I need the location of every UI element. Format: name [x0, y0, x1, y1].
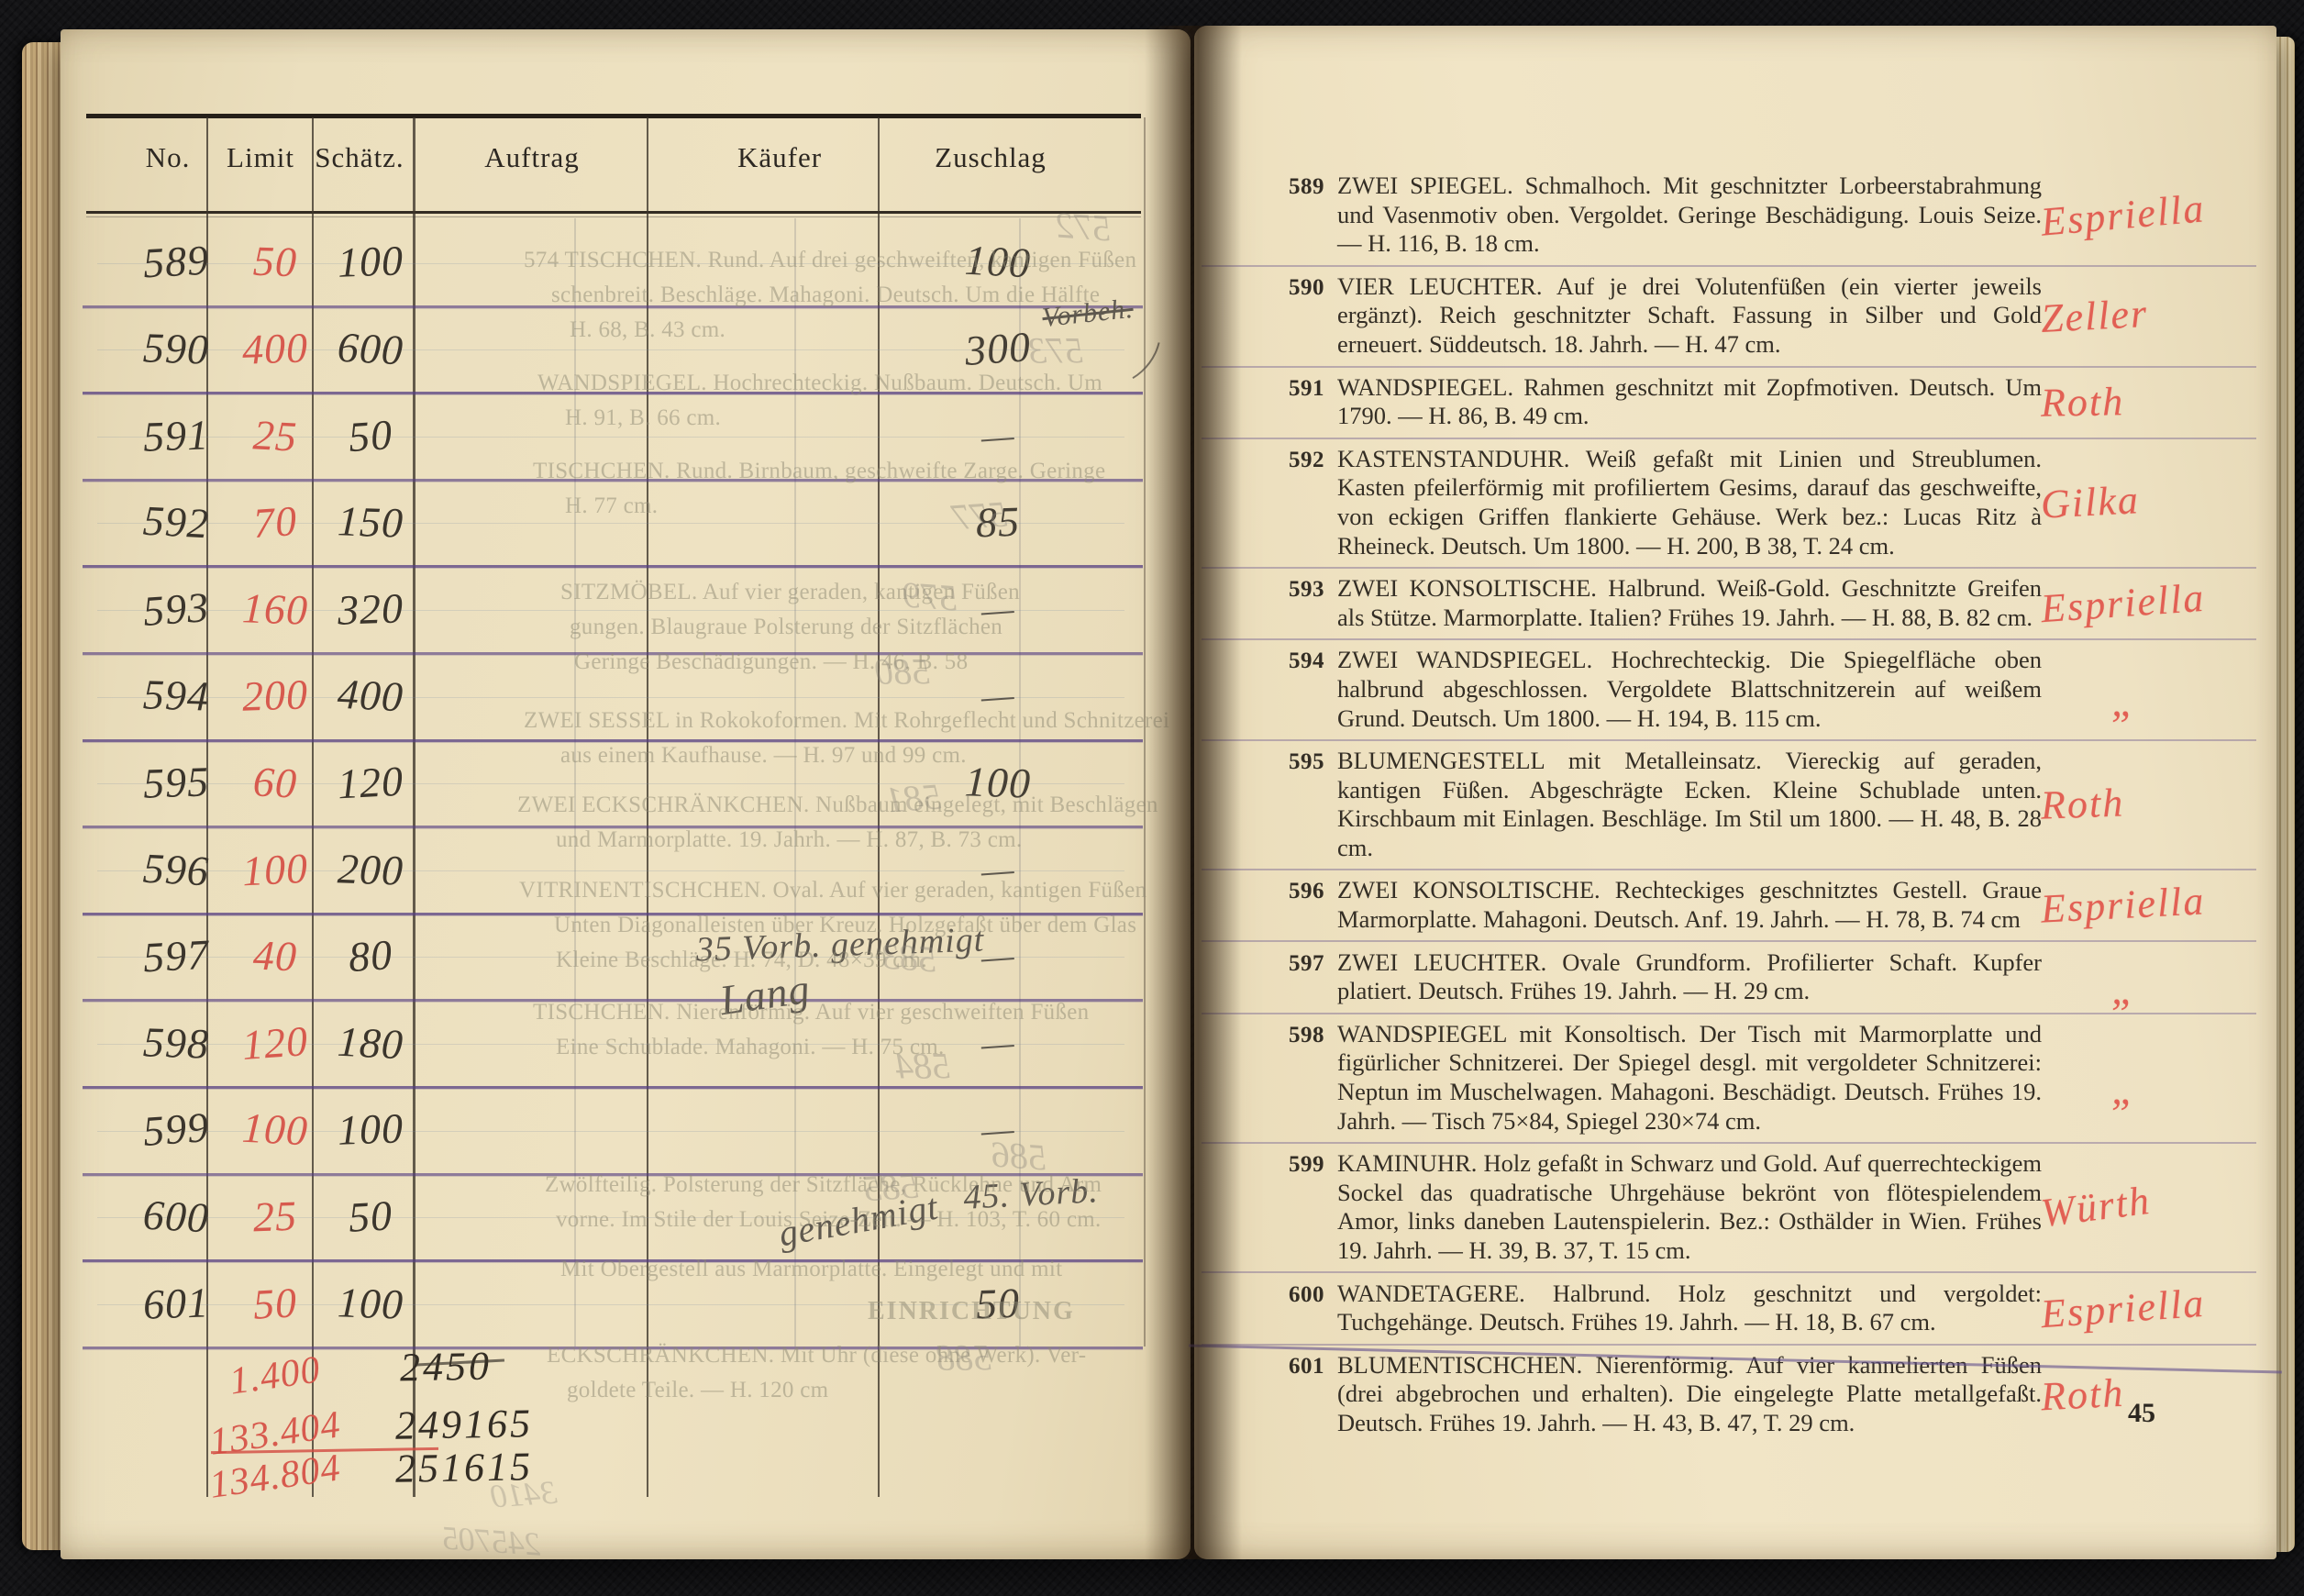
ghost-number: 3410 [490, 1473, 559, 1516]
lot-description: ZWEI KONSOLTISCHE. Rechteckiges geschnit… [1337, 876, 2042, 933]
ledger-page-left: No. Limit Schätz. Auftrag Käufer Zuschla… [61, 29, 1191, 1559]
entry-separator-line [1202, 940, 2256, 942]
total-estimate-hand: 2450 [400, 1343, 493, 1391]
catalog-entry: 594ZWEI WANDSPIEGEL. Hochrechteckig. Die… [1275, 646, 2042, 733]
ghost-text: WANDSPIEGEL. Hochrechteckig. Nußbaum. De… [537, 371, 1102, 396]
entry-separator-line [1202, 567, 2256, 569]
entry-separator-line [1202, 438, 2256, 439]
lot-number-hand: 600 [142, 1191, 211, 1243]
entry-separator-line [1202, 638, 2256, 640]
entry-separator-line [1202, 265, 2256, 267]
limit-value-hand: 160 [241, 583, 309, 634]
catalog-entry: 599KAMINUHR. Holz gefaßt in Schwarz und … [1275, 1149, 2042, 1265]
estimate-value-hand: 180 [337, 1016, 405, 1069]
catalog-page-right: 589ZWEI SPIEGEL. Schmalhoch. Mit geschni… [1194, 26, 2276, 1559]
limit-value-hand: 60 [252, 757, 299, 807]
book-fore-edge-right [2276, 37, 2295, 1552]
ghost-text: vorne. Im Stile der Louis Seize-Zeit. — … [556, 1207, 1102, 1233]
ghost-text: TISCHCHEN. Rund. Birnbaum, geschweifte Z… [533, 459, 1105, 484]
catalog-entry: 597ZWEI LEUCHTER. Ovale Grundform. Profi… [1275, 948, 2042, 1006]
catalog-entry: 593ZWEI KONSOLTISCHE. Halbrund. Weiß-Gol… [1275, 574, 2042, 632]
ghost-text: Mit Obergestell aus Marmorplatte. Eingel… [560, 1257, 1062, 1282]
lot-description: ZWEI LEUCHTER. Ovale Grundform. Profilie… [1337, 948, 2042, 1005]
ghost-ruling-line [97, 437, 1124, 438]
ghost-text: VITRINENTISCHCHEN. Oval. Auf vier gerade… [519, 878, 1146, 903]
estimate-value-hand: 50 [348, 1191, 394, 1241]
limit-value-hand: 120 [240, 1016, 310, 1070]
ledger-column-line [413, 117, 415, 1497]
buyer-name-hand: Gilka [2040, 476, 2141, 528]
row-separator-line [83, 565, 1143, 568]
limit-value-hand: 50 [252, 1278, 299, 1328]
lot-number: 601 [1275, 1352, 1324, 1381]
ghost-text: ZWEI ECKSCHRÄNKCHEN. Nußbaum eingelegt, … [517, 792, 1158, 818]
ghost-number: 579 [901, 572, 958, 619]
entry-separator-line [1202, 1013, 2256, 1014]
catalog-entries: 589ZWEI SPIEGEL. Schmalhoch. Mit geschni… [1275, 172, 2042, 1452]
buyer-name-hand: Espriella [2039, 573, 2206, 631]
lot-description: WANDSPIEGEL. Rahmen geschnitzt mit Zopfm… [1337, 373, 2042, 430]
hammer-price-dash: — [980, 413, 1016, 458]
ghost-number: 572 [1054, 203, 1112, 249]
ghost-text: schenbreit. Beschläge. Mahagoni. Deutsch… [551, 283, 1100, 308]
hammer-price-dash: — [980, 1020, 1016, 1065]
ghost-text: H. 77 cm. [565, 493, 658, 519]
ghost-number: 583 [880, 934, 937, 981]
lot-number-hand: 601 [142, 1278, 210, 1328]
buyer-name-hand: Espriella [2039, 184, 2207, 245]
lot-number-hand: 591 [142, 410, 210, 460]
ghost-text: Unten Diagonalleisten über Kreuz. Holzge… [554, 913, 1136, 938]
buyer-name-hand: Espriella [2040, 877, 2207, 932]
ledger-header-rule [86, 211, 1141, 214]
estimate-value-hand: 80 [347, 930, 394, 981]
ghost-text: TISCHCHEN. Nierenförmig. Auf vier geschw… [533, 1000, 1089, 1025]
lot-description: ZWEI WANDSPIEGEL. Hochrechteckig. Die Sp… [1337, 646, 2042, 731]
lot-number: 597 [1275, 949, 1324, 979]
limit-value-hand: 50 [252, 237, 298, 287]
entry-separator-line [1202, 1271, 2256, 1273]
limit-value-hand: 200 [241, 671, 309, 721]
ghost-text: und Marmorplatte. 19. Jahrh. — H. 87, B.… [556, 827, 1022, 853]
lot-description: KAMINUHR. Holz gefaßt in Schwarz und Gol… [1337, 1149, 2042, 1264]
ghost-text: aus einem Kaufhause. — H. 97 und 99 cm. [560, 743, 967, 769]
estimate-value-hand: 100 [337, 1278, 404, 1328]
ghost-text: Eine Schublade. Mahagoni. — H. 75 cm. [556, 1035, 945, 1060]
book-fore-edge-left [22, 42, 62, 1550]
page-number: 45 [2128, 1398, 2155, 1429]
lot-number: 593 [1275, 575, 1324, 604]
lot-description: ZWEI KONSOLTISCHE. Halbrund. Weiß-Gold. … [1337, 574, 2042, 631]
lot-description: WANDSPIEGEL mit Konsoltisch. Der Tisch m… [1337, 1020, 2042, 1135]
buyer-name-hand: Espriella [2039, 1279, 2206, 1336]
total-limit-hand: 1.400 [227, 1347, 323, 1403]
buyer-name-hand: „ [2111, 677, 2137, 726]
ghost-text: H. 91, B. 66 cm. [565, 405, 721, 431]
estimate-value-hand: 400 [337, 670, 405, 722]
entry-separator-line [1202, 739, 2256, 741]
estimate-value-hand: 600 [337, 323, 405, 375]
estimate-value-hand: 200 [337, 844, 404, 894]
catalog-entry: 596ZWEI KONSOLTISCHE. Rechteckiges gesch… [1275, 876, 2042, 934]
ledger-header-rule-thin [86, 216, 1141, 217]
lot-number: 591 [1275, 374, 1324, 404]
lot-number-hand: 597 [142, 930, 211, 982]
lot-number-hand: 598 [142, 1017, 210, 1068]
estimate-value-hand: 100 [337, 237, 404, 287]
ghost-number: 580 [875, 650, 930, 693]
limit-value-hand: 100 [241, 1103, 310, 1156]
column-header-auftrag: Auftrag [484, 141, 579, 174]
lot-number-hand: 589 [142, 236, 211, 288]
ghost-number: 584 [895, 1045, 950, 1088]
buyer-name-hand: Zeller [2040, 289, 2150, 341]
lot-number: 595 [1275, 748, 1324, 777]
ghost-number: 588 [936, 1336, 991, 1380]
lot-description: BLUMENGESTELL mit Metalleinsatz. Viereck… [1337, 747, 2042, 861]
estimate-value-hand: 120 [337, 757, 405, 809]
ghost-number: 586 [990, 1132, 1047, 1179]
total-estimate-hand: 249165 [395, 1400, 534, 1449]
ghost-text: ECKSCHRÄNKCHEN. Mit Uhr (diese ohne Werk… [547, 1343, 1086, 1369]
column-header-schaetz: Schätz. [315, 141, 404, 174]
lot-description: KASTENSTANDUHR. Weiß gefaßt mit Linien u… [1337, 445, 2042, 560]
entry-separator-line [1202, 366, 2256, 368]
lot-number-hand: 590 [142, 323, 210, 373]
buyer-name-hand: Roth [2040, 779, 2125, 828]
ghost-text: goldete Teile. — H. 120 cm [567, 1378, 828, 1403]
lot-number: 596 [1275, 877, 1324, 906]
entry-separator-line [1202, 1344, 2256, 1346]
column-header-limit: Limit [227, 141, 294, 174]
column-header-kaeufer: Käufer [737, 141, 822, 174]
hammer-price-hand: 300 [963, 322, 1033, 375]
lot-number: 600 [1275, 1280, 1324, 1310]
row-separator-line [83, 739, 1143, 742]
entry-separator-line [1202, 869, 2256, 870]
lot-number-hand: 596 [142, 843, 211, 895]
estimate-value-hand: 150 [337, 496, 404, 547]
ghost-text: Kleine Beschläge. H. 74, D. 48×39 cm. [556, 948, 927, 973]
estimate-value-hand: 100 [337, 1104, 404, 1155]
column-header-no: No. [146, 141, 191, 174]
lot-number-hand: 599 [141, 1103, 211, 1156]
buyer-name-hand: Würth [2038, 1177, 2153, 1236]
entry-separator-line [1202, 1142, 2256, 1144]
catalog-entry: 600WANDETAGERE. Halbrund. Holz geschnitz… [1275, 1280, 2042, 1337]
limit-value-hand: 100 [241, 843, 310, 895]
catalog-entry: 598WANDSPIEGEL mit Konsoltisch. Der Tisc… [1275, 1020, 2042, 1136]
lot-number-hand: 593 [141, 582, 211, 636]
limit-value-hand: 70 [251, 496, 299, 548]
ghost-number: 581 [884, 774, 942, 821]
lot-number: 598 [1275, 1021, 1324, 1050]
ghost-text: ZWEI SESSEL in Rokokoformen. Mit Rohrgef… [524, 708, 1169, 734]
ghost-number: 573 [1028, 329, 1083, 372]
row-separator-line [83, 1086, 1143, 1089]
ghost-text: EINRICHTUNG [868, 1297, 1075, 1326]
buyer-name-hand: „ [2111, 965, 2137, 1014]
catalog-entry: 590VIER LEUCHTER. Auf je drei Volutenfüß… [1275, 272, 2042, 360]
lot-number-hand: 595 [142, 757, 210, 807]
lot-number: 590 [1275, 273, 1324, 303]
lot-description: ZWEI SPIEGEL. Schmalhoch. Mit geschnitzt… [1337, 172, 2042, 257]
lot-description: WANDETAGERE. Halbrund. Holz geschnitzt u… [1337, 1280, 2042, 1336]
buyer-name-hand: „ [2111, 1065, 2137, 1114]
catalog-entry: 595BLUMENGESTELL mit Metalleinsatz. Vier… [1275, 747, 2042, 862]
limit-value-hand: 40 [252, 931, 298, 981]
limit-value-hand: 25 [252, 410, 299, 460]
ghost-text: H. 68, B. 43 cm. [570, 317, 726, 343]
lot-number-hand: 592 [142, 496, 211, 549]
lot-number: 594 [1275, 647, 1324, 676]
column-header-zuschlag: Zuschlag [935, 141, 1047, 174]
lot-number: 589 [1275, 172, 1324, 202]
buyer-name-hand: Roth [2040, 1369, 2126, 1420]
ghost-number: 585 [861, 1163, 919, 1210]
lot-number: 599 [1275, 1150, 1324, 1180]
buyer-name-hand: Roth [2041, 378, 2125, 427]
ghost-text: 574 TISCHCHEN. Rund. Auf drei geschweift… [524, 248, 1136, 273]
ledger-column-line [312, 117, 314, 1497]
catalog-entry: 589ZWEI SPIEGEL. Schmalhoch. Mit geschni… [1275, 172, 2042, 259]
ghost-number: 577 [950, 492, 1008, 538]
lot-number-hand: 594 [142, 671, 210, 721]
estimate-value-hand: 320 [337, 583, 404, 634]
lot-number: 592 [1275, 446, 1324, 475]
ghost-number: 245705 [441, 1518, 543, 1563]
catalog-entry: 592KASTENSTANDUHR. Weiß gefaßt mit Linie… [1275, 445, 2042, 560]
limit-value-hand: 25 [252, 1191, 298, 1242]
catalog-entry: 591WANDSPIEGEL. Rahmen geschnitzt mit Zo… [1275, 373, 2042, 431]
limit-value-hand: 400 [241, 323, 309, 373]
lot-description: VIER LEUCHTER. Auf je drei Volutenfüßen … [1337, 272, 2042, 358]
estimate-value-hand: 50 [347, 409, 394, 460]
ledger-top-rule [86, 114, 1141, 118]
